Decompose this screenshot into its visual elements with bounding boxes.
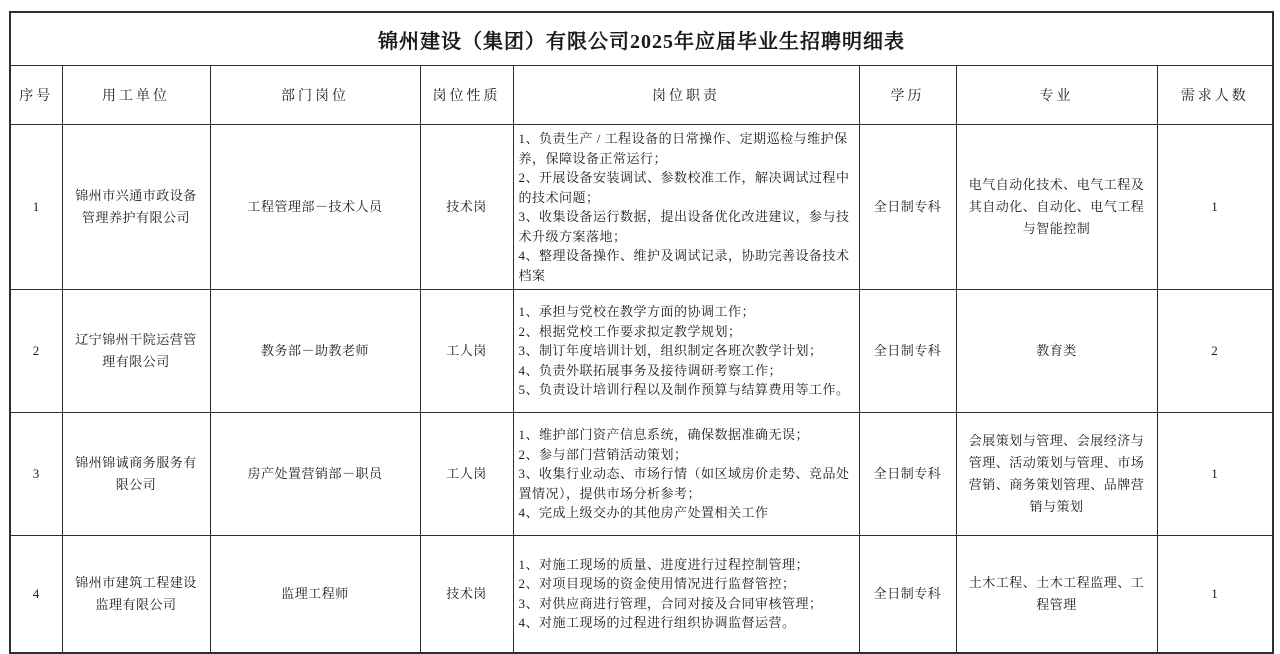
header-row: 序号 用工单位 部门岗位 岗位性质 岗位职责 学历 专业 需求人数 (10, 66, 1273, 125)
cell-major: 土木工程、土木工程监理、工程管理 (956, 536, 1157, 653)
duty-line: 5、负责设计培训行程以及制作预算与结算费用等工作。 (519, 380, 854, 400)
cell-position: 监理工程师 (210, 536, 420, 653)
cell-employer: 辽宁锦州干院运营管理有限公司 (62, 290, 210, 413)
col-header-seq: 序号 (10, 66, 62, 125)
duty-line: 2、根据党校工作要求拟定教学规划； (519, 322, 854, 342)
page-title: 锦州建设（集团）有限公司2025年应届毕业生招聘明细表 (10, 12, 1273, 66)
cell-major: 教育类 (956, 290, 1157, 413)
duty-line: 2、对项目现场的资金使用情况进行监督管控； (519, 574, 854, 594)
duty-line: 3、收集行业动态、市场行情（如区域房价走势、竞品处置情况），提供市场分析参考； (519, 464, 854, 503)
cell-education: 全日制专科 (859, 125, 956, 290)
cell-seq: 1 (10, 125, 62, 290)
cell-duties: 1、负责生产 / 工程设备的日常操作、定期巡检与维护保养，保障设备正常运行；2、… (513, 125, 859, 290)
duty-line: 4、完成上级交办的其他房产处置相关工作 (519, 503, 854, 523)
cell-major: 电气自动化技术、电气工程及其自动化、自动化、电气工程与智能控制 (956, 125, 1157, 290)
cell-nature: 工人岗 (420, 290, 513, 413)
duty-line: 2、开展设备安装调试、参数校准工作，解决调试过程中的技术问题； (519, 168, 854, 207)
col-header-nature: 岗位性质 (420, 66, 513, 125)
cell-education: 全日制专科 (859, 536, 956, 653)
cell-employer: 锦州市建筑工程建设监理有限公司 (62, 536, 210, 653)
cell-duties: 1、对施工现场的质量、进度进行过程控制管理；2、对项目现场的资金使用情况进行监督… (513, 536, 859, 653)
duty-line: 4、对施工现场的过程进行组织协调监督运营。 (519, 613, 854, 633)
cell-count: 1 (1157, 536, 1273, 653)
cell-position: 房产处置营销部－职员 (210, 413, 420, 536)
recruitment-sheet: 锦州建设（集团）有限公司2025年应届毕业生招聘明细表 序号 用工单位 部门岗位… (9, 11, 1274, 654)
cell-education: 全日制专科 (859, 413, 956, 536)
cell-seq: 3 (10, 413, 62, 536)
cell-count: 1 (1157, 413, 1273, 536)
col-header-education: 学历 (859, 66, 956, 125)
col-header-position: 部门岗位 (210, 66, 420, 125)
col-header-count: 需求人数 (1157, 66, 1273, 125)
col-header-major: 专业 (956, 66, 1157, 125)
duty-line: 1、对施工现场的质量、进度进行过程控制管理； (519, 555, 854, 575)
duty-line: 4、整理设备操作、维护及调试记录，协助完善设备技术档案 (519, 246, 854, 285)
table-body: 1 锦州市兴通市政设备管理养护有限公司 工程管理部－技术人员 技术岗 1、负责生… (10, 125, 1273, 653)
cell-count: 1 (1157, 125, 1273, 290)
duty-line: 1、承担与党校在教学方面的协调工作； (519, 302, 854, 322)
title-row: 锦州建设（集团）有限公司2025年应届毕业生招聘明细表 (10, 12, 1273, 66)
duty-line: 4、负责外联拓展事务及接待调研考察工作； (519, 361, 854, 381)
cell-position: 工程管理部－技术人员 (210, 125, 420, 290)
duty-line: 1、维护部门资产信息系统，确保数据准确无误； (519, 425, 854, 445)
cell-major: 会展策划与管理、会展经济与管理、活动策划与管理、市场营销、商务策划管理、品牌营销… (956, 413, 1157, 536)
cell-employer: 锦州锦诚商务服务有限公司 (62, 413, 210, 536)
cell-duties: 1、维护部门资产信息系统，确保数据准确无误；2、参与部门营销活动策划；3、收集行… (513, 413, 859, 536)
table-row: 3 锦州锦诚商务服务有限公司 房产处置营销部－职员 工人岗 1、维护部门资产信息… (10, 413, 1273, 536)
table-row: 4 锦州市建筑工程建设监理有限公司 监理工程师 技术岗 1、对施工现场的质量、进… (10, 536, 1273, 653)
cell-education: 全日制专科 (859, 290, 956, 413)
cell-position: 教务部－助教老师 (210, 290, 420, 413)
cell-count: 2 (1157, 290, 1273, 413)
duty-line: 3、对供应商进行管理，合同对接及合同审核管理； (519, 594, 854, 614)
cell-seq: 2 (10, 290, 62, 413)
recruitment-table: 锦州建设（集团）有限公司2025年应届毕业生招聘明细表 序号 用工单位 部门岗位… (9, 11, 1274, 654)
duty-line: 1、负责生产 / 工程设备的日常操作、定期巡检与维护保养，保障设备正常运行； (519, 129, 854, 168)
duty-line: 2、参与部门营销活动策划； (519, 445, 854, 465)
cell-seq: 4 (10, 536, 62, 653)
cell-employer: 锦州市兴通市政设备管理养护有限公司 (62, 125, 210, 290)
table-row: 1 锦州市兴通市政设备管理养护有限公司 工程管理部－技术人员 技术岗 1、负责生… (10, 125, 1273, 290)
col-header-employer: 用工单位 (62, 66, 210, 125)
duty-line: 3、收集设备运行数据，提出设备优化改进建议，参与技术升级方案落地； (519, 207, 854, 246)
duty-line: 3、制订年度培训计划，组织制定各班次教学计划； (519, 341, 854, 361)
cell-nature: 技术岗 (420, 536, 513, 653)
table-row: 2 辽宁锦州干院运营管理有限公司 教务部－助教老师 工人岗 1、承担与党校在教学… (10, 290, 1273, 413)
cell-nature: 工人岗 (420, 413, 513, 536)
cell-duties: 1、承担与党校在教学方面的协调工作；2、根据党校工作要求拟定教学规划；3、制订年… (513, 290, 859, 413)
col-header-duties: 岗位职责 (513, 66, 859, 125)
cell-nature: 技术岗 (420, 125, 513, 290)
